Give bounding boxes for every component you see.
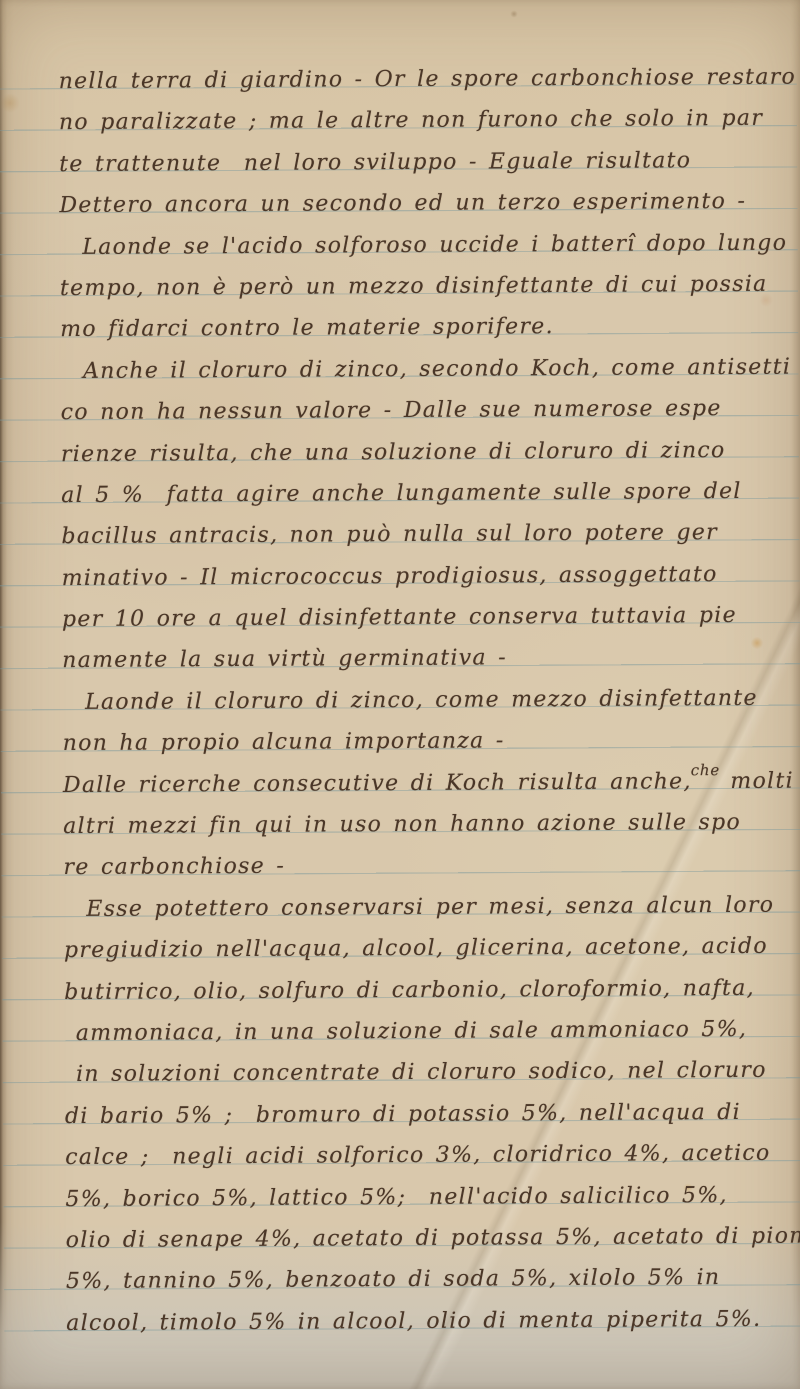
line-18-text-after: molti [719, 768, 794, 793]
manuscript-line-20: re carbonchiose - [63, 843, 773, 889]
manuscript-line-14: per 10 ore a quel disinfettante conserva… [62, 595, 772, 641]
manuscript-line-8: Anche il cloruro di zinco, secondo Koch,… [60, 346, 770, 392]
manuscript-line-21: Esse potettero conservarsi per mesi, sen… [64, 885, 774, 931]
manuscript-line-31: alcool, timolo 5% in alcool, olio di men… [66, 1298, 776, 1344]
line-18-text: Dalle ricerche consecutive di Koch risul… [63, 769, 692, 798]
manuscript-line-26: di bario 5% ; bromuro di potassio 5%, ne… [65, 1091, 775, 1137]
manuscript-line-28: 5%, borico 5%, lattico 5%; nell'acido sa… [65, 1174, 775, 1220]
manuscript-line-29: olio di senape 4%, acetato di potassa 5%… [66, 1216, 776, 1262]
manuscript-line-22: pregiudizio nell'acqua, alcool, glicerin… [64, 926, 774, 972]
manuscript-line-23: butirrico, olio, solfuro di carbonio, cl… [64, 967, 774, 1013]
manuscript-line-30: 5%, tannino 5%, benzoato di soda 5%, xil… [66, 1257, 776, 1303]
manuscript-text: nella terra di giardino - Or le spore ca… [59, 57, 777, 1344]
manuscript-line-1: nella terra di giardino - Or le spore ca… [59, 57, 769, 103]
manuscript-line-3: te trattenute nel loro sviluppo - Eguale… [59, 140, 769, 186]
manuscript-line-24: ammoniaca, in una soluzione di sale ammo… [64, 1009, 774, 1055]
page-content: nella terra di giardino - Or le spore ca… [0, 0, 800, 1389]
manuscript-line-12: bacillus antracis, non può nulla sul lor… [61, 512, 771, 558]
manuscript-line-18: Dalle ricerche consecutive di Koch risul… [63, 760, 773, 806]
manuscript-line-11: al 5 % fatta agire anche lungamente sull… [61, 471, 771, 517]
manuscript-line-17: non ha propio alcuna importanza - [63, 719, 773, 765]
manuscript-line-7: mo fidarci contro le materie sporifere. [60, 305, 770, 351]
manuscript-line-4: Dettero ancora un secondo ed un terzo es… [59, 181, 769, 227]
manuscript-line-10: rienze risulta, che una soluzione di clo… [61, 429, 771, 475]
manuscript-line-13: minativo - Il micrococcus prodigiosus, a… [62, 553, 772, 599]
manuscript-line-5: Laonde se l'acido solforoso uccide i bat… [60, 222, 770, 268]
manuscript-line-15: namente la sua virtù germinativa - [62, 636, 772, 682]
interline-insertion: che [691, 750, 721, 792]
manuscript-line-25: in soluzioni concentrate di cloruro sodi… [65, 1050, 775, 1096]
manuscript-line-9: co non ha nessun valore - Dalle sue nume… [61, 388, 771, 434]
manuscript-line-2: no paralizzate ; ma le altre non furono … [59, 98, 769, 144]
manuscript-line-27: calce ; negli acidi solforico 3%, clorid… [65, 1133, 775, 1179]
manuscript-line-16: Laonde il cloruro di zinco, come mezzo d… [62, 678, 772, 724]
manuscript-page: nella terra di giardino - Or le spore ca… [0, 0, 800, 1389]
manuscript-line-19: altri mezzi fin qui in uso non hanno azi… [63, 802, 773, 848]
manuscript-line-6: tempo, non è però un mezzo disinfettante… [60, 264, 770, 310]
